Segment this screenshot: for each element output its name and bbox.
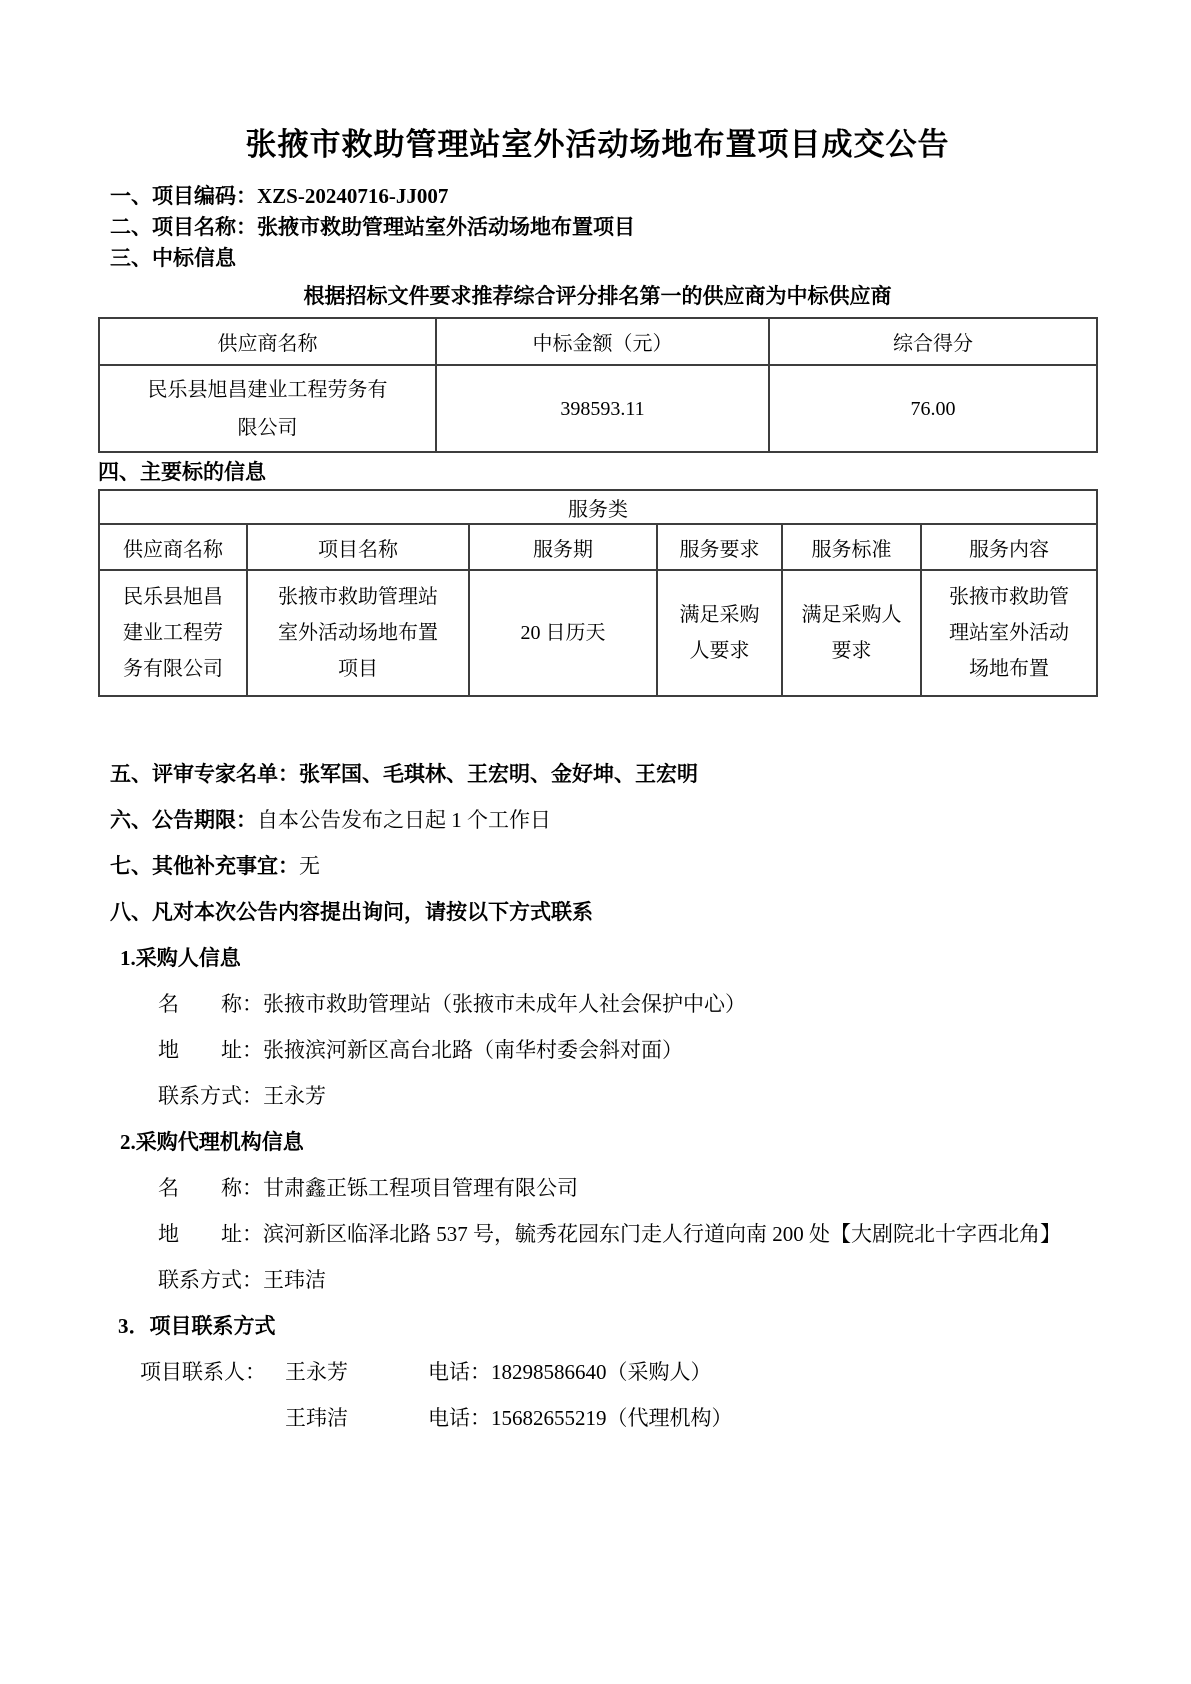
award-info-heading: 三、中标信息 [110, 243, 1097, 274]
subject-table-header-row: 供应商名称 项目名称 服务期 服务要求 服务标准 服务内容 [99, 524, 1097, 570]
purchaser-name-line: 名 称：张掖市救助管理站（张掖市未成年人社会保护中心） [98, 989, 1097, 1019]
award-note: 根据招标文件要求推荐综合评分排名第一的供应商为中标供应商 [98, 283, 1097, 309]
phone-label: 电话： [428, 1406, 491, 1430]
table-header-cell: 综合得分 [769, 318, 1097, 365]
table-cell-service-standard: 满足采购人要求 [782, 570, 921, 696]
contact-phone: 电话：15682655219（代理机构） [428, 1403, 733, 1433]
agency-contact-line: 联系方式：王玮洁 [98, 1265, 1097, 1295]
purchaser-heading: 1.采购人信息 [98, 943, 1097, 973]
agency-heading: 2.采购代理机构信息 [98, 1127, 1097, 1157]
subject-table-category-row: 服务类 [99, 490, 1097, 524]
subject-table-data-row: 民乐县旭昌建业工程劳务有限公司 张掖市救助管理站室外活动场地布置项目 20 日历… [99, 570, 1097, 696]
agency-contact-value: 王玮洁 [263, 1268, 326, 1292]
contact-person-name: 王玮洁 [285, 1403, 348, 1433]
project-contact-row-1: 项目联系人： 王永芳 电话：18298586640（采购人） [98, 1357, 1097, 1387]
phone-value: 18298586640（采购人） [491, 1360, 712, 1384]
phone-label: 电话： [428, 1360, 491, 1384]
project-name-line: 二、项目名称：张掖市救助管理站室外活动场地布置项目 [110, 212, 1097, 243]
table-cell-service-requirement: 满足采购人要求 [657, 570, 782, 696]
inquiry-heading: 八、凡对本次公告内容提出询问，请按以下方式联系 [98, 897, 1097, 927]
contact-label: 联系方式： [158, 1084, 263, 1108]
purchaser-address-value: 张掖滨河新区高台北路（南华村委会斜对面） [263, 1038, 683, 1062]
table-header-cell: 服务期 [469, 524, 657, 570]
project-contact-label: 项目联系人： [140, 1357, 266, 1387]
experts-line: 五、评审专家名单：张军国、毛琪林、王宏明、金好坤、王宏明 [98, 759, 1097, 789]
project-code-line: 一、项目编码：XZS-20240716-JJ007 [110, 181, 1097, 212]
award-table-header-row: 供应商名称 中标金额（元） 综合得分 [99, 318, 1097, 365]
table-cell-category: 服务类 [99, 490, 1097, 524]
phone-value: 15682655219（代理机构） [491, 1406, 733, 1430]
subject-table: 服务类 供应商名称 项目名称 服务期 服务要求 服务标准 服务内容 民乐县旭昌建… [98, 489, 1098, 697]
table-cell-supplier: 民乐县旭昌建业工程劳务有限公司 [99, 570, 247, 696]
table-header-cell: 项目名称 [247, 524, 469, 570]
project-name-label: 二、项目名称： [110, 215, 257, 239]
contact-person-name: 王永芳 [285, 1357, 348, 1387]
agency-address-line: 地 址：滨河新区临泽北路 537 号，毓秀花园东门走人行道向南 200 处【大剧… [98, 1219, 1097, 1249]
top-items: 一、项目编码：XZS-20240716-JJ007 二、项目名称：张掖市救助管理… [98, 181, 1097, 274]
document-content: 张掖市救助管理站室外活动场地布置项目成交公告 一、项目编码：XZS-202407… [98, 0, 1097, 1433]
experts-label: 五、评审专家名单： [110, 762, 299, 786]
period-label: 六、公告期限： [110, 808, 257, 832]
project-contact-heading: 3．项目联系方式 [98, 1311, 1097, 1341]
purchaser-contact-value: 王永芳 [263, 1084, 326, 1108]
document-page: 张掖市救助管理站室外活动场地布置项目成交公告 一、项目编码：XZS-202407… [0, 0, 1191, 1684]
table-header-cell: 供应商名称 [99, 524, 247, 570]
contact-phone: 电话：18298586640（采购人） [428, 1357, 712, 1387]
name-label: 名 称： [158, 992, 263, 1016]
subject-info-heading: 四、主要标的信息 [98, 457, 1097, 487]
experts-value: 张军国、毛琪林、王宏明、金好坤、王宏明 [299, 762, 698, 786]
project-contact-row-2: 王玮洁 电话：15682655219（代理机构） [98, 1403, 1097, 1433]
table-cell-service-period: 20 日历天 [469, 570, 657, 696]
other-line: 七、其他补充事宜：无 [98, 851, 1097, 881]
table-header-cell: 服务要求 [657, 524, 782, 570]
table-header-cell: 供应商名称 [99, 318, 436, 365]
address-label: 地 址： [158, 1222, 263, 1246]
agency-address-value: 滨河新区临泽北路 537 号，毓秀花园东门走人行道向南 200 处【大剧院北十字… [263, 1222, 1061, 1246]
purchaser-address-line: 地 址：张掖滨河新区高台北路（南华村委会斜对面） [98, 1035, 1097, 1065]
table-cell-service-content: 张掖市救助管理站室外活动场地布置 [921, 570, 1097, 696]
table-cell-supplier: 民乐县旭昌建业工程劳务有限公司 [99, 365, 436, 452]
page-title: 张掖市救助管理站室外活动场地布置项目成交公告 [98, 126, 1097, 164]
purchaser-name-value: 张掖市救助管理站（张掖市未成年人社会保护中心） [263, 992, 746, 1016]
period-line: 六、公告期限：自本公告发布之日起 1 个工作日 [98, 805, 1097, 835]
award-table-data-row: 民乐县旭昌建业工程劳务有限公司 398593.11 76.00 [99, 365, 1097, 452]
agency-name-value: 甘肃鑫正铄工程项目管理有限公司 [263, 1176, 578, 1200]
agency-name-line: 名 称：甘肃鑫正铄工程项目管理有限公司 [98, 1173, 1097, 1203]
table-cell-amount: 398593.11 [436, 365, 769, 452]
table-header-cell: 服务标准 [782, 524, 921, 570]
contact-label: 联系方式： [158, 1268, 263, 1292]
table-header-cell: 服务内容 [921, 524, 1097, 570]
name-label: 名 称： [158, 1176, 263, 1200]
other-label: 七、其他补充事宜： [110, 854, 299, 878]
project-name-value: 张掖市救助管理站室外活动场地布置项目 [257, 215, 635, 239]
award-table: 供应商名称 中标金额（元） 综合得分 民乐县旭昌建业工程劳务有限公司 39859… [98, 317, 1098, 453]
address-label: 地 址： [158, 1038, 263, 1062]
project-code-value: XZS-20240716-JJ007 [257, 184, 448, 208]
table-cell-score: 76.00 [769, 365, 1097, 452]
project-code-label: 一、项目编码： [110, 184, 257, 208]
table-cell-project: 张掖市救助管理站室外活动场地布置项目 [247, 570, 469, 696]
other-value: 无 [299, 854, 320, 878]
period-value: 自本公告发布之日起 1 个工作日 [257, 808, 551, 832]
table-header-cell: 中标金额（元） [436, 318, 769, 365]
purchaser-contact-line: 联系方式：王永芳 [98, 1081, 1097, 1111]
